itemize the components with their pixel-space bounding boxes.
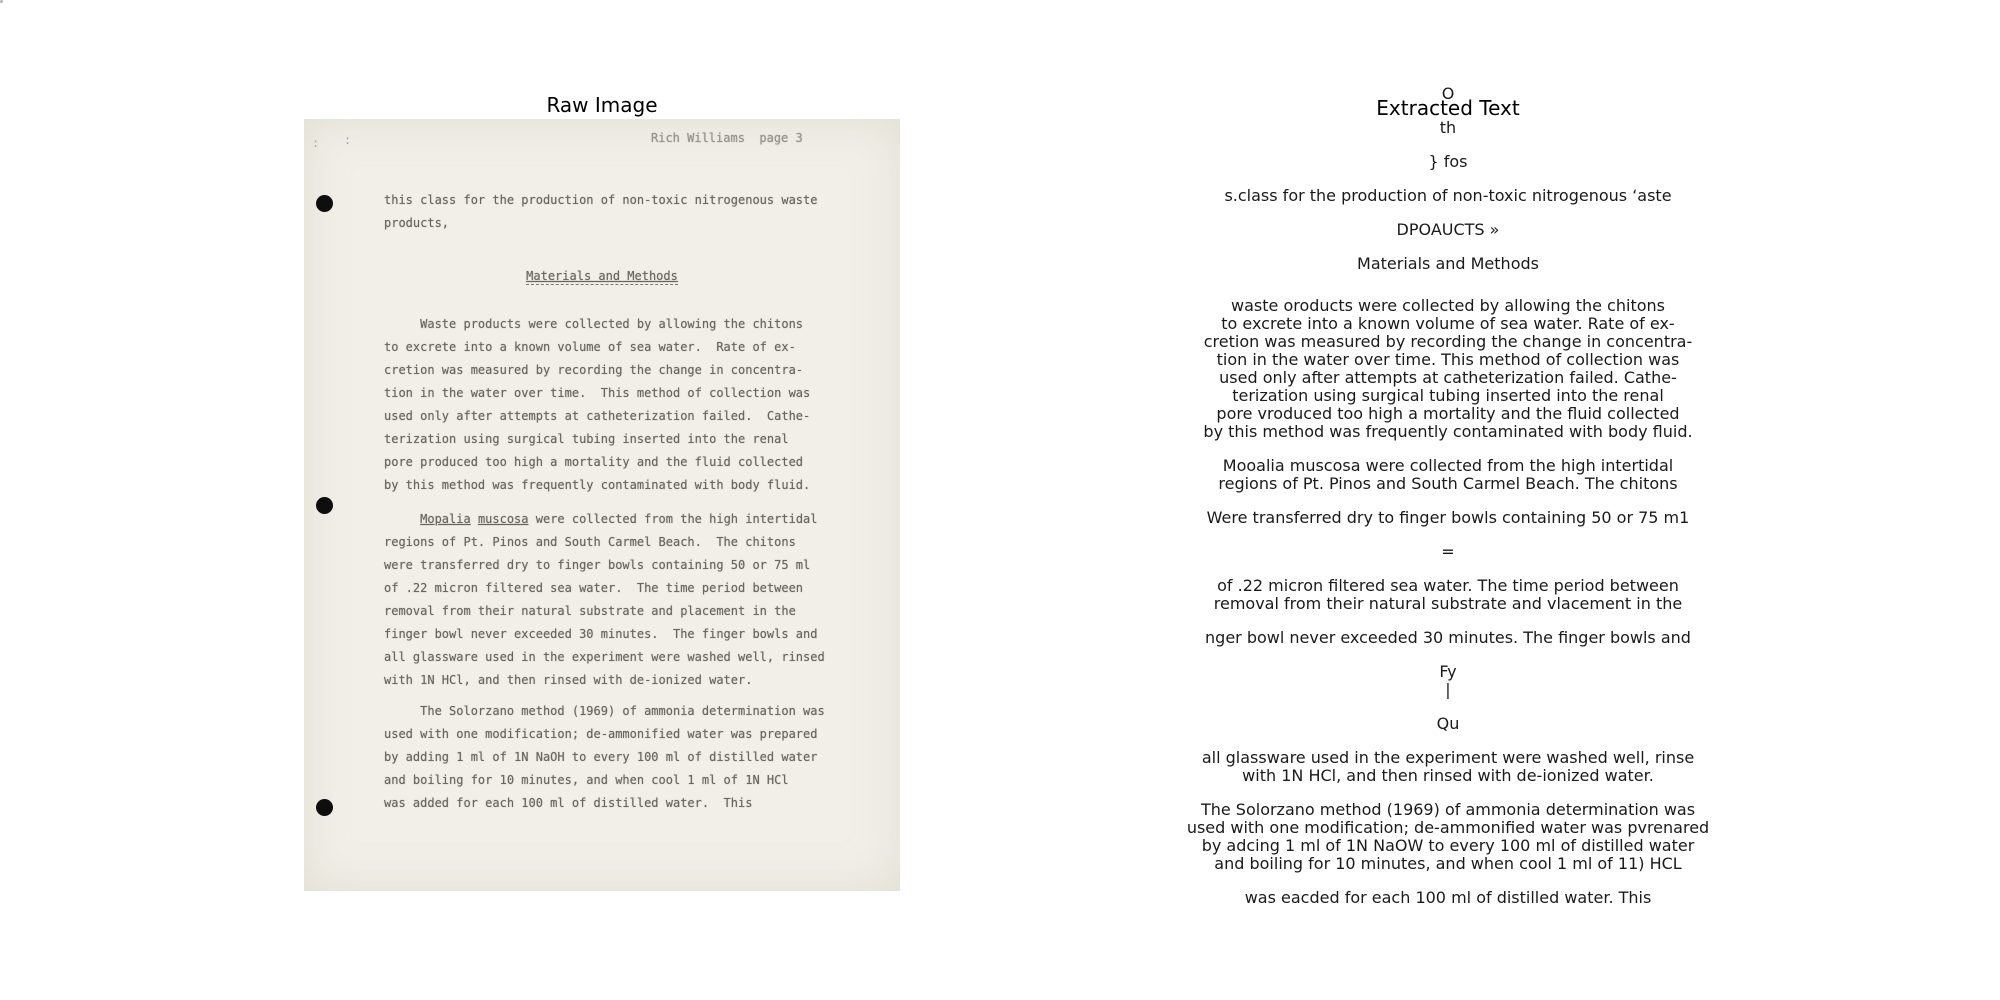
text-line: regions of Pt. Pinos and South Carmel Be… [1098,475,1798,493]
paragraph-chitons: Mopalia muscosa were collected from the … [384,508,825,692]
text-line: pore produced too high a mortality and t… [384,451,810,474]
text-line: terization using surgical tubing inserte… [1098,387,1798,405]
text-line: Qu [1098,715,1798,733]
text-line: by this method was frequently contaminat… [1098,423,1798,441]
text-line: was added for each 100 ml of distilled w… [384,792,825,815]
extracted-text-block: of .22 micron filtered sea water. The ti… [1098,577,1798,613]
text-line: s.class for the production of non-toxic … [1098,187,1798,205]
scan-speck-mark: : [312,136,319,150]
extracted-text-block: = [1098,543,1798,561]
extracted-text-block: DPOAUCTS » [1098,221,1798,239]
text-line: and boiling for 10 minutes, and when coo… [1098,855,1798,873]
raw-image-title: Raw Image [304,94,900,116]
text-line: used with one modification; de-ammonifie… [384,723,825,746]
text-line: tion in the water over time. This method… [1098,351,1798,369]
extracted-text-block: Were transferred dry to finger bowls con… [1098,509,1798,527]
text-line: all glassware used in the experiment wer… [1098,749,1798,767]
text-line: Mooalia muscosa were collected from the … [1098,457,1798,475]
scan-speck-mark: : [344,133,351,147]
text-line: Waste products were collected by allowin… [384,313,810,336]
text-line: } fos [1098,153,1798,171]
extracted-text-block: O [1098,85,1798,103]
text-line: th [1098,119,1798,137]
text-line: | [1098,681,1798,699]
text-segment: were collected from the high intertidal [529,512,818,526]
text-line: = [1098,543,1798,561]
text-line: with 1N HCl, and then rinsed with de-ion… [1098,767,1798,785]
text-line: The Solorzano method (1969) of ammonia d… [1098,801,1798,819]
intro-paragraph: this class for the production of non-tox… [384,189,817,235]
extracted-text-block: s.class for the production of non-toxic … [1098,187,1798,205]
text-line: regions of Pt. Pinos and South Carmel Be… [384,531,825,554]
section-heading: Materials and Methods [304,265,900,288]
text-segment [471,512,478,526]
extracted-text-column: Oth} foss.class for the production of no… [1098,85,1798,923]
extracted-text-block: Materials and Methods [1098,255,1798,273]
scan-speck-dot [0,0,3,3]
document-scan: Rich Williams page 3 this class for the … [304,119,900,891]
extracted-text-block: Mooalia muscosa were collected from the … [1098,457,1798,493]
document-header-line: Rich Williams page 3 [651,127,803,150]
text-segment [384,512,420,526]
text-line: finger bowl never exceeded 30 minutes. T… [384,623,825,646]
extracted-text-block: all glassware used in the experiment wer… [1098,749,1798,785]
text-line: cretion was measured by recording the ch… [384,359,810,382]
extracted-text-block: was eacded for each 100 ml of distilled … [1098,889,1798,907]
text-line: of .22 micron filtered sea water. The ti… [1098,577,1798,595]
extracted-text-block: The Solorzano method (1969) of ammonia d… [1098,801,1798,873]
extracted-text-block: Fy| [1098,663,1798,699]
text-line: were transferred dry to finger bowls con… [384,554,825,577]
hole-punch-top [316,195,333,212]
text-line: was eacded for each 100 ml of distilled … [1098,889,1798,907]
document-header: Rich Williams page 3 [651,127,803,150]
paragraph-methods: Waste products were collected by allowin… [384,313,810,497]
text-line: pore vroduced too high a mortality and t… [1098,405,1798,423]
section-heading-text: Materials and Methods [526,269,678,285]
extracted-text-block: } fos [1098,153,1798,171]
text-line: DPOAUCTS » [1098,221,1798,239]
text-line: by adcing 1 ml of 1N NaOW to every 100 m… [1098,837,1798,855]
text-line: all glassware used in the experiment wer… [384,646,825,669]
text-line: to excrete into a known volume of sea wa… [384,336,810,359]
text-line: Mopalia muscosa were collected from the … [384,508,825,531]
text-line: The Solorzano method (1969) of ammonia d… [384,700,825,723]
extracted-text-block: nger bowl never exceeded 30 minutes. The… [1098,629,1798,647]
text-line: O [1098,85,1798,103]
text-line: nger bowl never exceeded 30 minutes. The… [1098,629,1798,647]
underlined-text: muscosa [478,512,529,526]
underlined-text: Mopalia [420,512,471,526]
text-line: used only after attempts at catheterizat… [384,405,810,428]
text-line: terization using surgical tubing inserte… [384,428,810,451]
text-line: cretion was measured by recording the ch… [1098,333,1798,351]
text-line: this class for the production of non-tox… [384,189,817,212]
text-line: Materials and Methods [1098,255,1798,273]
text-line: by adding 1 ml of 1N NaOH to every 100 m… [384,746,825,769]
extracted-text-block: waste oroducts were collected by allowin… [1098,297,1798,441]
text-line: removal from their natural substrate and… [1098,595,1798,613]
text-line: products, [384,212,817,235]
text-line: Fy [1098,663,1798,681]
text-line: used only after attempts at catheterizat… [1098,369,1798,387]
text-line: of .22 micron filtered sea water. The ti… [384,577,825,600]
extracted-text-block: Qu [1098,715,1798,733]
text-line: tion in the water over time. This method… [384,382,810,405]
text-line: waste oroducts were collected by allowin… [1098,297,1798,315]
text-line: used with one modification; de-ammonifie… [1098,819,1798,837]
text-line: Were transferred dry to finger bowls con… [1098,509,1798,527]
text-line: and boiling for 10 minutes, and when coo… [384,769,825,792]
hole-punch-bottom [316,799,333,816]
text-line: removal from their natural substrate and… [384,600,825,623]
hole-punch-middle [316,497,333,514]
text-line: to excrete into a known volume of sea wa… [1098,315,1798,333]
text-line: with 1N HCl, and then rinsed with de-ion… [384,669,825,692]
paragraph-solorzano: The Solorzano method (1969) of ammonia d… [384,700,825,815]
text-line: by this method was frequently contaminat… [384,474,810,497]
extracted-text-block: th [1098,119,1798,137]
